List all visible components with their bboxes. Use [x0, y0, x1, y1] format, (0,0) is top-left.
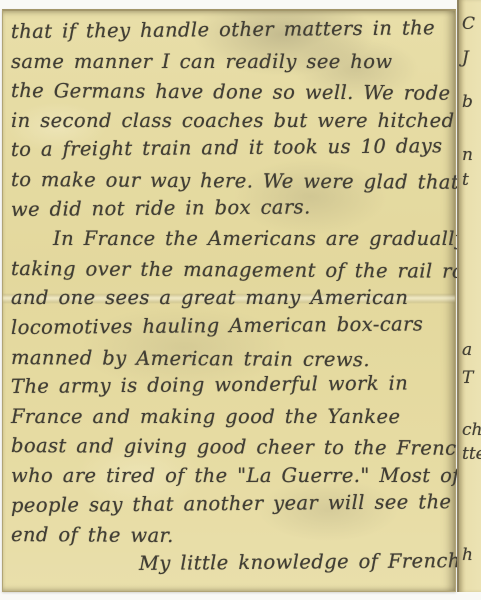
letter-line: to a freight train and it took us 10 day… — [11, 132, 451, 165]
page-edge-text-fragment: tte — [462, 444, 481, 464]
page-edge-text-fragment: ch — [462, 420, 481, 440]
page-edge-text-fragment: C — [462, 14, 475, 34]
page-edge-text-fragment: t — [462, 170, 469, 190]
letter-line: same manner I can readily see how — [11, 47, 451, 77]
page-edge-text-fragment: n — [462, 145, 473, 165]
letter-line: and one sees a great many American — [11, 283, 451, 313]
letter-line: taking over the management of the rail r… — [11, 254, 451, 286]
page-edge-text-fragment: T — [462, 368, 473, 388]
letter-line: France and making good the Yankee — [11, 402, 451, 432]
letter-line: we did not ride in box cars. — [11, 191, 451, 224]
letter-line: people say that another year will see th… — [11, 487, 451, 520]
letter-body: that if they handle other matters in the… — [11, 17, 451, 579]
letter-line: the Germans have done so well. We rode — [11, 76, 451, 108]
page-edge-text-fragment: b — [462, 92, 473, 112]
second-page-edge: C J b n t a T ch tte h — [457, 0, 481, 592]
letter-line: locomotives hauling American box-cars — [11, 309, 451, 342]
page-edge-text-fragment: a — [462, 340, 472, 360]
letter-line: In France the Americans are gradually — [11, 224, 451, 254]
letter-line: that if they handle other matters in the — [11, 13, 451, 46]
page-edge-text-fragment: h — [462, 545, 473, 565]
letter-line: boast and giving good cheer to the Frenc… — [11, 431, 451, 463]
letter-page: that if they handle other matters in the… — [2, 9, 456, 592]
letter-line: who are tired of the "La Guerre." Most o… — [11, 461, 451, 491]
page-edge-text-fragment: J — [462, 48, 469, 68]
letter-line: My little knowledge of French — [11, 546, 451, 579]
letter-line: The army is doing wonderful work in — [11, 368, 451, 401]
letter-photo: that if they handle other matters in the… — [0, 0, 481, 600]
